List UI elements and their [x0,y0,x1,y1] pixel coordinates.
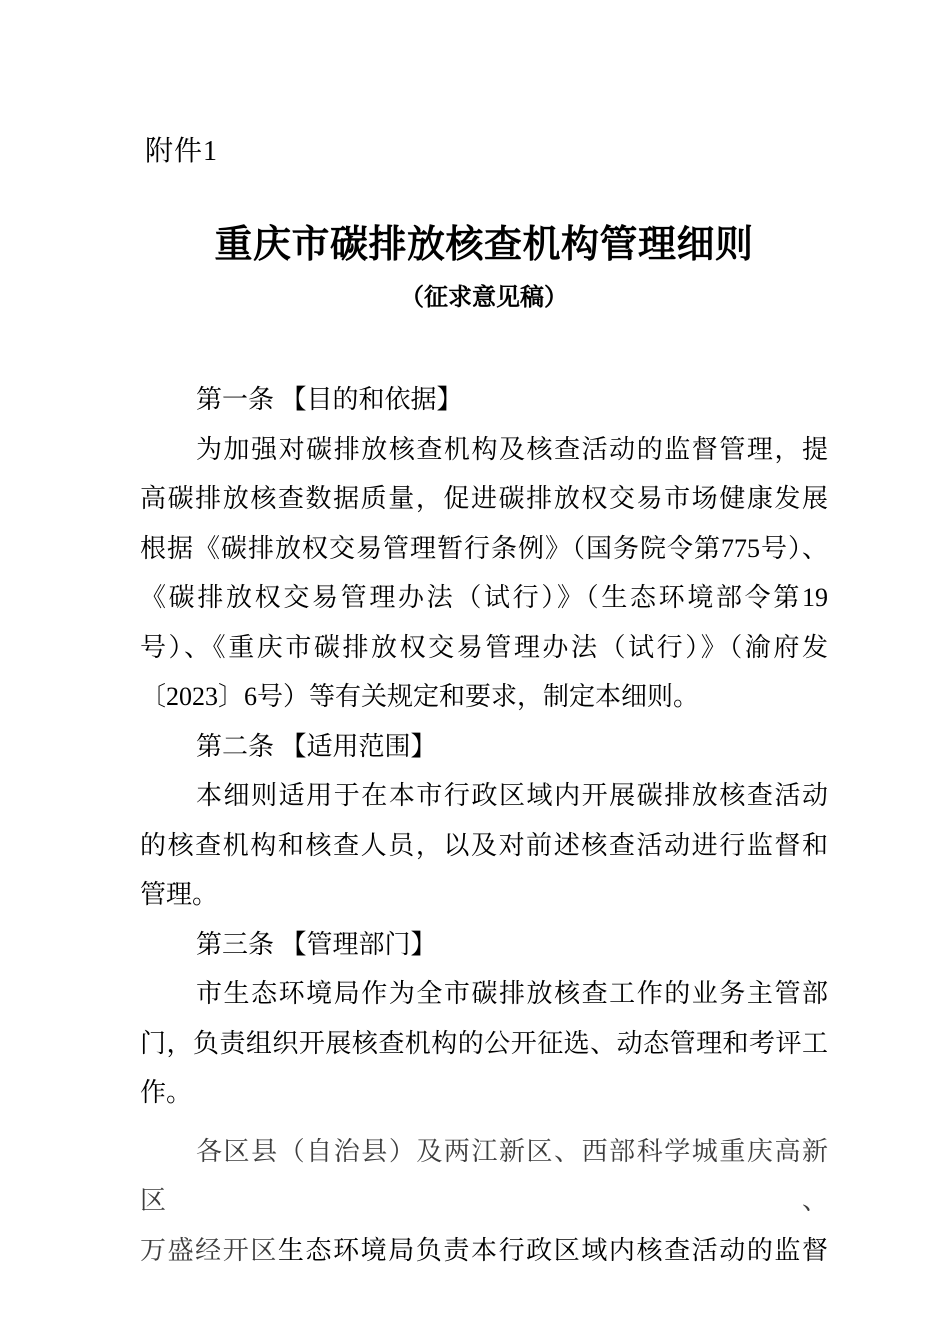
article-heading: 第二条 【适用范围】 [140,722,828,772]
text-segment: 第一条 【目的和依据】 [196,385,463,414]
article-heading: 第三条 【管理部门】 [140,920,828,970]
text-line: 市生态环境局作为全市碳排放核查工作的业务主管部 [140,969,828,1019]
text-segment: 各区县（自治县）及两江新区、西部科学城重庆高新区、 [140,1137,828,1216]
text-segment: 第三条 【管理部门】 [196,930,437,959]
text-line: 〔2023〕6号）等有关规定和要求，制定本细则。 [140,672,828,722]
text-segment: 门，负责组织开展核查机构的公开征选、动态管理和考评工 [140,1029,828,1058]
text-segment: 生态环境局负责本行政区域内核查活动的监督 [278,1236,828,1265]
text-segment: 第二条 【适用范围】 [196,732,437,761]
text-line: 根据《碳排放权交易管理暂行条例》（国务院令第775号）、 [140,524,828,574]
document-title: 重庆市碳排放核查机构管理细则 [140,222,828,268]
text-segment: 《碳排放权交易管理办法（试行）》（生态环境部令第19 [140,583,828,612]
text-segment: 为加强对碳排放核查机构及核查活动的监督管理，提 [196,435,828,464]
text-line: 为加强对碳排放核查机构及核查活动的监督管理，提 [140,425,828,475]
attachment-label: 附件1 [145,134,218,170]
text-line: 的核查机构和核查人员，以及对前述核查活动进行监督和 [140,821,828,871]
text-line: 门，负责组织开展核查机构的公开征选、动态管理和考评工 [140,1019,828,1069]
text-segment: 根据《碳排放权交易管理暂行条例》（国务院令第775号）、 [140,534,828,563]
document-body: 第一条 【目的和依据】为加强对碳排放核查机构及核查活动的监督管理，提高碳排放核查… [140,375,828,1275]
text-segment: 高碳排放核查数据质量，促进碳排放权交易市场健康发展 [140,484,828,513]
text-segment: 〔2023〕6号）等有关规定和要求，制定本细则。 [140,682,699,711]
text-line: 万盛经开区生态环境局负责本行政区域内核查活动的监督 [140,1226,828,1276]
document-page: 附件1 重庆市碳排放核查机构管理细则 （征求意见稿） 第一条 【目的和依据】为加… [0,0,950,1344]
article-heading: 第一条 【目的和依据】 [140,375,828,425]
text-line: 本细则适用于在本市行政区域内开展碳排放核查活动 [140,771,828,821]
text-line: 高碳排放核查数据质量，促进碳排放权交易市场健康发展 [140,474,828,524]
text-line: 号）、《重庆市碳排放权交易管理办法（试行）》（渝府发 [140,623,828,673]
text-segment: 本细则适用于在本市行政区域内开展碳排放核查活动 [196,781,828,810]
text-segment: 万盛经开区 [140,1236,278,1265]
text-segment: 的核查机构和核查人员，以及对前述核查活动进行监督和 [140,831,828,860]
text-segment: 号）、《重庆市碳排放权交易管理办法（试行）》（渝府发 [140,633,828,662]
text-line: 管理。 [140,870,828,920]
text-segment: 管理。 [140,880,218,909]
text-line: 作。 [140,1068,828,1118]
text-segment: 作。 [140,1078,192,1107]
text-line: 《碳排放权交易管理办法（试行）》（生态环境部令第19 [140,573,828,623]
text-line: 各区县（自治县）及两江新区、西部科学城重庆高新区、 [140,1127,828,1226]
text-segment: 市生态环境局作为全市碳排放核查工作的业务主管部 [196,979,828,1008]
document-subtitle: （征求意见稿） [140,283,828,313]
